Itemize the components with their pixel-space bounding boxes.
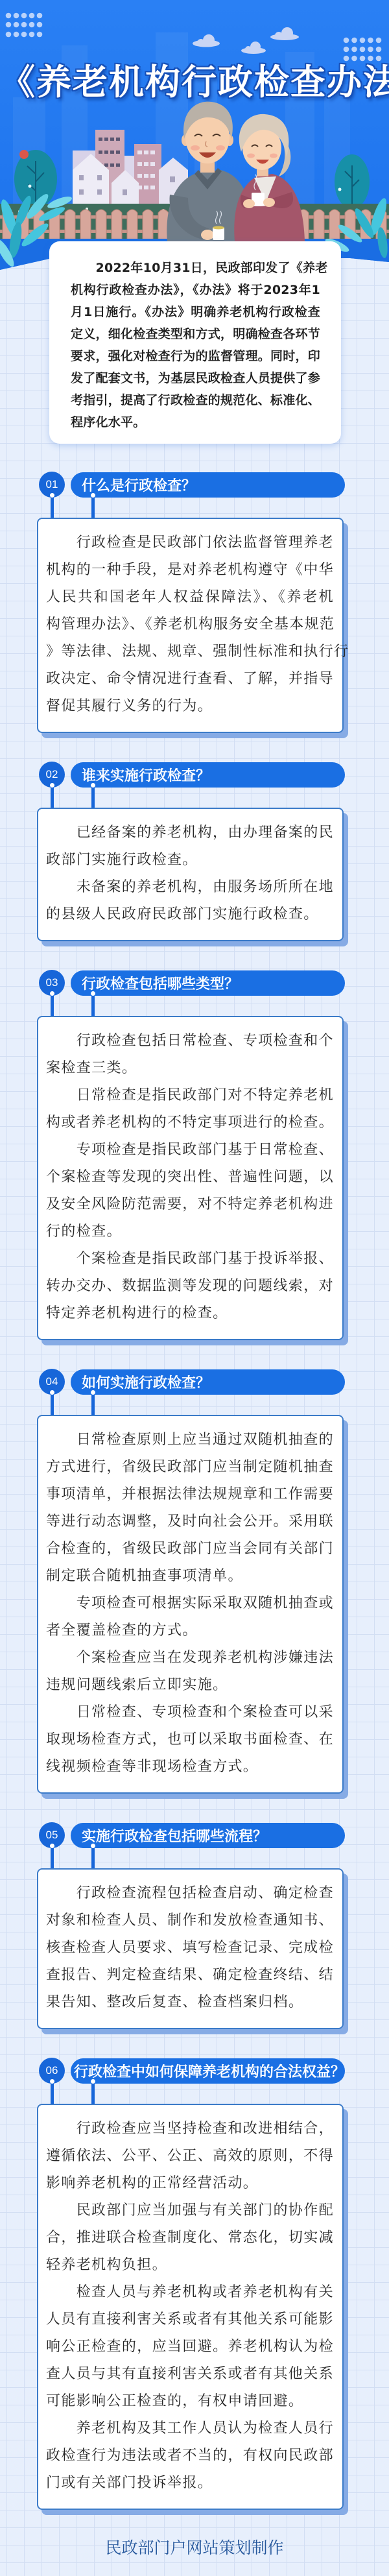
- connector-line-right: [91, 1393, 95, 1417]
- paragraph-line: 核查检查人员要求、填写检查记录、完成检: [46, 1934, 334, 1962]
- paragraph: 个案检查应当在发现养老机构涉嫌违法违规问题线索后立即实施。: [46, 1644, 334, 1699]
- paragraph-line: 的县级人民政府民政部门实施行政检查。: [46, 901, 334, 928]
- paragraph-line: 日常检查是指民政部门对不特定养老机: [46, 1082, 334, 1109]
- paragraph: 养老机构及其工作人员认为检查人员行政检查行为违法或者不当的，有权向民政部门或有关…: [46, 2415, 334, 2497]
- paragraph-line: 》等法律、法规、规章、强制性标准和执行行: [46, 638, 334, 666]
- connector-line-right: [91, 786, 95, 810]
- paragraph-line: 民政部门应当加强与有关部门的协作配: [46, 2197, 334, 2224]
- paragraph-line: 人民共和国老年人权益保障法》、《养老机: [46, 584, 334, 611]
- paragraph-line: 行的检查。: [46, 1218, 334, 1246]
- faq-section-01: 01什么是行政检查？行政检查是民政部门依法监督管理养老机构的一种手段，是对养老机…: [0, 472, 389, 733]
- paragraph-line: 特定养老机构进行的检查。: [46, 1300, 334, 1327]
- faq-section-05: 05实施行政检查包括哪些流程？行政检查流程包括检查启动、确定检查对象和检查人员、…: [0, 1823, 389, 2029]
- intro-text: 2022年10月31日，民政部印发了《养老机构行政检查办法》，《办法》将于202…: [71, 257, 320, 433]
- paragraph-line: 机构行政检查办法》，《办法》将于2023年1: [71, 279, 320, 301]
- section-header: 01什么是行政检查？: [0, 472, 389, 498]
- paragraph-line: 要求，强化对检查行为的监督管理。同时，印: [71, 345, 320, 367]
- paragraph-line: 发了配套文书，为基层民政检查人员提供了参: [71, 367, 320, 389]
- paragraph-line: 响公正检查的，应当回避。养老机构认为检: [46, 2333, 334, 2361]
- paragraph: 已经备案的养老机构，由办理备案的民政部门实施行政检查。: [46, 819, 334, 874]
- paragraph-line: 构或者养老机构的不特定事项进行的检查。: [46, 1109, 334, 1137]
- section-answer-card: 日常检查原则上应当通过双随机抽查的方式进行，省级民政部门应当制定随机抽查事项清单…: [37, 1415, 344, 1794]
- connector-dot-right: [91, 2079, 95, 2084]
- section-header: 04如何实施行政检查？: [0, 1369, 389, 1395]
- footer-credit: 民政部门户网站策划制作: [0, 2537, 389, 2559]
- paragraph-line: 考指引，提高了行政检查的规范化、标准化、: [71, 389, 320, 411]
- section-title: 谁来实施行政检查？: [82, 765, 210, 785]
- sections-list: 01什么是行政检查？行政检查是民政部门依法监督管理养老机构的一种手段，是对养老机…: [0, 472, 389, 2539]
- connector-dot-left: [50, 1844, 54, 1848]
- connector-dot-right: [91, 991, 95, 996]
- paragraph-line: 2022年10月31日，民政部印发了《养老: [71, 257, 320, 279]
- paragraph-line: 案检查三类。: [46, 1055, 334, 1082]
- faq-section-02: 02谁来实施行政检查？已经备案的养老机构，由办理备案的民政部门实施行政检查。未备…: [0, 762, 389, 941]
- title-spacer: [71, 983, 82, 983]
- paragraph-line: 构管理办法》、《养老机构服务安全基本规范: [46, 611, 334, 638]
- paragraph-line: 程序化水平。: [71, 411, 320, 433]
- connector-line-right: [91, 496, 95, 520]
- title-spacer: [71, 775, 82, 775]
- section-title: 行政检查中如何保障养老机构的合法权益？: [74, 2061, 345, 2081]
- section-answer-card: 行政检查应当坚持检查和改进相结合，遵循依法、公平、公正、高效的原则，不得影响养老…: [37, 2104, 344, 2510]
- paragraph-line: 合检查的，省级民政部门应当会同有关部门: [46, 1535, 334, 1563]
- paragraph-line: 定义，细化检查类型和方式，明确检查各环节: [71, 323, 320, 345]
- connector-line-right: [91, 994, 95, 1018]
- faq-section-03: 03行政检查包括哪些类型？行政检查包括日常检查、专项检查和个案检查三类。日常检查…: [0, 970, 389, 1340]
- connector-line-left: [51, 496, 54, 520]
- paragraph-line: 事项清单，并根据法律法规规章和工作需要: [46, 1481, 334, 1508]
- paragraph-line: 养老机构及其工作人员认为检查人员行: [46, 2415, 334, 2442]
- connector-line-left: [51, 2082, 54, 2106]
- section-title: 行政检查包括哪些类型？: [82, 973, 239, 993]
- paragraph-line: 督促其履行义务的行为。: [46, 693, 334, 720]
- paragraph: 行政检查是民政部门依法监督管理养老机构的一种手段，是对养老机构遵守《中华人民共和…: [46, 529, 334, 720]
- connector-dot-left: [50, 2079, 54, 2084]
- connector-dot-right: [91, 783, 95, 788]
- paragraph: 专项检查是指民政部门基于日常检查、个案检查等发现的突出性、普遍性问题，以及安全风…: [46, 1137, 334, 1246]
- section-title-pill: 行政检查中如何保障养老机构的合法权益？: [71, 2058, 345, 2084]
- paragraph: 行政检查应当坚持检查和改进相结合，遵循依法、公平、公正、高效的原则，不得影响养老…: [46, 2115, 334, 2197]
- paragraph-line: 人员有直接利害关系或者有其他关系可能影: [46, 2306, 334, 2333]
- section-answer-card: 行政检查包括日常检查、专项检查和个案检查三类。日常检查是指民政部门对不特定养老机…: [37, 1016, 344, 1340]
- section-title-pill: 什么是行政检查？: [71, 472, 345, 498]
- paragraph-line: 果告知、整改后复查、检查档案归档。: [46, 1989, 334, 2016]
- paragraph-line: 个案检查等发现的突出性、普遍性问题，以: [46, 1164, 334, 1191]
- section-title-pill: 行政检查包括哪些类型？: [71, 970, 345, 996]
- paragraph: 日常检查是指民政部门对不特定养老机构或者养老机构的不特定事项进行的检查。: [46, 1082, 334, 1137]
- paragraph-line: 查报告、判定检查结果、确定检查终结、结: [46, 1962, 334, 1989]
- section-header: 06行政检查中如何保障养老机构的合法权益？: [0, 2058, 389, 2084]
- paragraph-line: 合，推进联合检查制度化、常态化，切实减: [46, 2224, 334, 2252]
- paragraph-line: 专项检查可根据实际采取双随机抽查或: [46, 1590, 334, 1617]
- paragraph: 行政检查流程包括检查启动、确定检查对象和检查人员、制作和发放检查通知书、核查检查…: [46, 1880, 334, 2016]
- connector-line-left: [51, 786, 54, 810]
- section-title: 如何实施行政检查？: [82, 1372, 210, 1392]
- paragraph-line: 行政检查是民政部门依法监督管理养老: [46, 529, 334, 557]
- paragraph-line: 方式进行，省级民政部门应当制定随机抽查: [46, 1454, 334, 1481]
- paragraph: 日常检查原则上应当通过双随机抽查的方式进行，省级民政部门应当制定随机抽查事项清单…: [46, 1426, 334, 1590]
- section-title-pill: 谁来实施行政检查？: [71, 762, 345, 788]
- paragraph-line: 日常检查原则上应当通过双随机抽查的: [46, 1426, 334, 1454]
- paragraph: 民政部门应当加强与有关部门的协作配合，推进联合检查制度化、常态化，切实减轻养老机…: [46, 2197, 334, 2279]
- paragraph: 日常检查、专项检查和个案检查可以采取现场检查方式，也可以采取书面检查、在线视频检…: [46, 1699, 334, 1781]
- header-banner: 《养老机构行政检查办法》: [0, 0, 389, 272]
- paragraph-line: 月1日施行。《办法》明确养老机构行政检查: [71, 301, 320, 323]
- paragraph-line: 政部门实施行政检查。: [46, 847, 334, 874]
- paragraph: 专项检查可根据实际采取双随机抽查或者全覆盖检查的方式。: [46, 1590, 334, 1644]
- paragraph-line: 日常检查、专项检查和个案检查可以采: [46, 1699, 334, 1726]
- connector-dot-right: [91, 1844, 95, 1848]
- connector-dot-left: [50, 991, 54, 996]
- paragraph-line: 个案检查应当在发现养老机构涉嫌违法: [46, 1644, 334, 1672]
- faq-section-04: 04如何实施行政检查？日常检查原则上应当通过双随机抽查的方式进行，省级民政部门应…: [0, 1369, 389, 1794]
- connector-dot-left: [50, 1390, 54, 1395]
- infographic-page: 《养老机构行政检查办法》 2022年10月31日，民政部印发了《养老机构行政检查…: [0, 0, 389, 2576]
- section-answer-card: 已经备案的养老机构，由办理备案的民政部门实施行政检查。未备案的养老机构，由服务场…: [37, 808, 344, 941]
- section-header: 03行政检查包括哪些类型？: [0, 970, 389, 996]
- paragraph-line: 政决定、命令情况进行查看、了解，并指导: [46, 666, 334, 693]
- connector-line-right: [91, 1846, 95, 1871]
- title-spacer: [71, 485, 82, 485]
- paragraph-line: 已经备案的养老机构，由办理备案的民: [46, 819, 334, 847]
- paragraph-line: 者全覆盖检查的方式。: [46, 1617, 334, 1644]
- title-spacer: [71, 1835, 82, 1836]
- paragraph-line: 查人员与其有直接利害关系或者有其他关系: [46, 2361, 334, 2388]
- paragraph-line: 可能影响公正检查的，有权申请回避。: [46, 2388, 334, 2415]
- section-header: 02谁来实施行政检查？: [0, 762, 389, 788]
- page-title: 《养老机构行政检查办法》: [0, 63, 389, 102]
- connector-dot-left: [50, 783, 54, 788]
- connector-line-left: [51, 1846, 54, 1871]
- paragraph-line: 制定联合随机抽查事项清单。: [46, 1563, 334, 1590]
- paragraph-line: 遵循依法、公平、公正、高效的原则，不得: [46, 2143, 334, 2170]
- paragraph: 检查人员与养老机构或者养老机构有关人员有直接利害关系或者有其他关系可能影响公正检…: [46, 2279, 334, 2415]
- section-title: 什么是行政检查？: [82, 475, 196, 495]
- header-illustration: [0, 0, 389, 272]
- paragraph-line: 个案检查是指民政部门基于投诉举报、: [46, 1246, 334, 1273]
- section-title-pill: 如何实施行政检查？: [71, 1369, 345, 1395]
- connector-line-left: [51, 994, 54, 1018]
- paragraph-line: 未备案的养老机构，由服务场所所在地: [46, 874, 334, 901]
- paragraph: 个案检查是指民政部门基于投诉举报、转办交办、数据监测等发现的问题线索，对特定养老…: [46, 1246, 334, 1327]
- faq-section-06: 06行政检查中如何保障养老机构的合法权益？行政检查应当坚持检查和改进相结合，遵循…: [0, 2058, 389, 2510]
- section-title-pill: 实施行政检查包括哪些流程？: [71, 1823, 345, 1848]
- paragraph-line: 轻养老机构负担。: [46, 2252, 334, 2279]
- paragraph-line: 线视频检查等非现场检查方式。: [46, 1753, 334, 1781]
- paragraph-line: 对象和检查人员、制作和发放检查通知书、: [46, 1907, 334, 1934]
- intro-card: 2022年10月31日，民政部印发了《养老机构行政检查办法》，《办法》将于202…: [49, 241, 341, 444]
- connector-dot-right: [91, 1390, 95, 1395]
- connector-dot-right: [91, 493, 95, 498]
- paragraph-line: 行政检查流程包括检查启动、确定检查: [46, 1880, 334, 1907]
- section-answer-card: 行政检查流程包括检查启动、确定检查对象和检查人员、制作和发放检查通知书、核查检查…: [37, 1868, 344, 2029]
- connector-line-left: [51, 1393, 54, 1417]
- paragraph-line: 影响养老机构的正常经营活动。: [46, 2170, 334, 2197]
- paragraph-line: 门或有关部门投诉举报。: [46, 2470, 334, 2497]
- paragraph: 2022年10月31日，民政部印发了《养老机构行政检查办法》，《办法》将于202…: [71, 257, 320, 433]
- paragraph-line: 等进行动态调整，及时向社会公开。采用联: [46, 1508, 334, 1535]
- paragraph-line: 机构的一种手段，是对养老机构遵守《中华: [46, 557, 334, 584]
- paragraph: 未备案的养老机构，由服务场所所在地的县级人民政府民政部门实施行政检查。: [46, 874, 334, 928]
- connector-dot-left: [50, 493, 54, 498]
- paragraph-line: 违规问题线索后立即实施。: [46, 1672, 334, 1699]
- paragraph: 行政检查包括日常检查、专项检查和个案检查三类。: [46, 1028, 334, 1082]
- paragraph-line: 行政检查包括日常检查、专项检查和个: [46, 1028, 334, 1055]
- section-answer-card: 行政检查是民政部门依法监督管理养老机构的一种手段，是对养老机构遵守《中华人民共和…: [37, 518, 344, 733]
- title-spacer: [71, 1382, 82, 1382]
- paragraph-line: 转办交办、数据监测等发现的问题线索，对: [46, 1273, 334, 1300]
- paragraph-line: 检查人员与养老机构或者养老机构有关: [46, 2279, 334, 2306]
- section-title: 实施行政检查包括哪些流程？: [82, 1825, 267, 1846]
- paragraph-line: 及安全风险防范需要，对不特定养老机构进: [46, 1191, 334, 1218]
- section-header: 05实施行政检查包括哪些流程？: [0, 1823, 389, 1848]
- paragraph-line: 行政检查应当坚持检查和改进相结合，: [46, 2115, 334, 2143]
- paragraph-line: 政检查行为违法或者不当的，有权向民政部: [46, 2442, 334, 2470]
- connector-line-right: [91, 2082, 95, 2106]
- paragraph-line: 取现场检查方式，也可以采取书面检查、在: [46, 1726, 334, 1753]
- paragraph-line: 专项检查是指民政部门基于日常检查、: [46, 1137, 334, 1164]
